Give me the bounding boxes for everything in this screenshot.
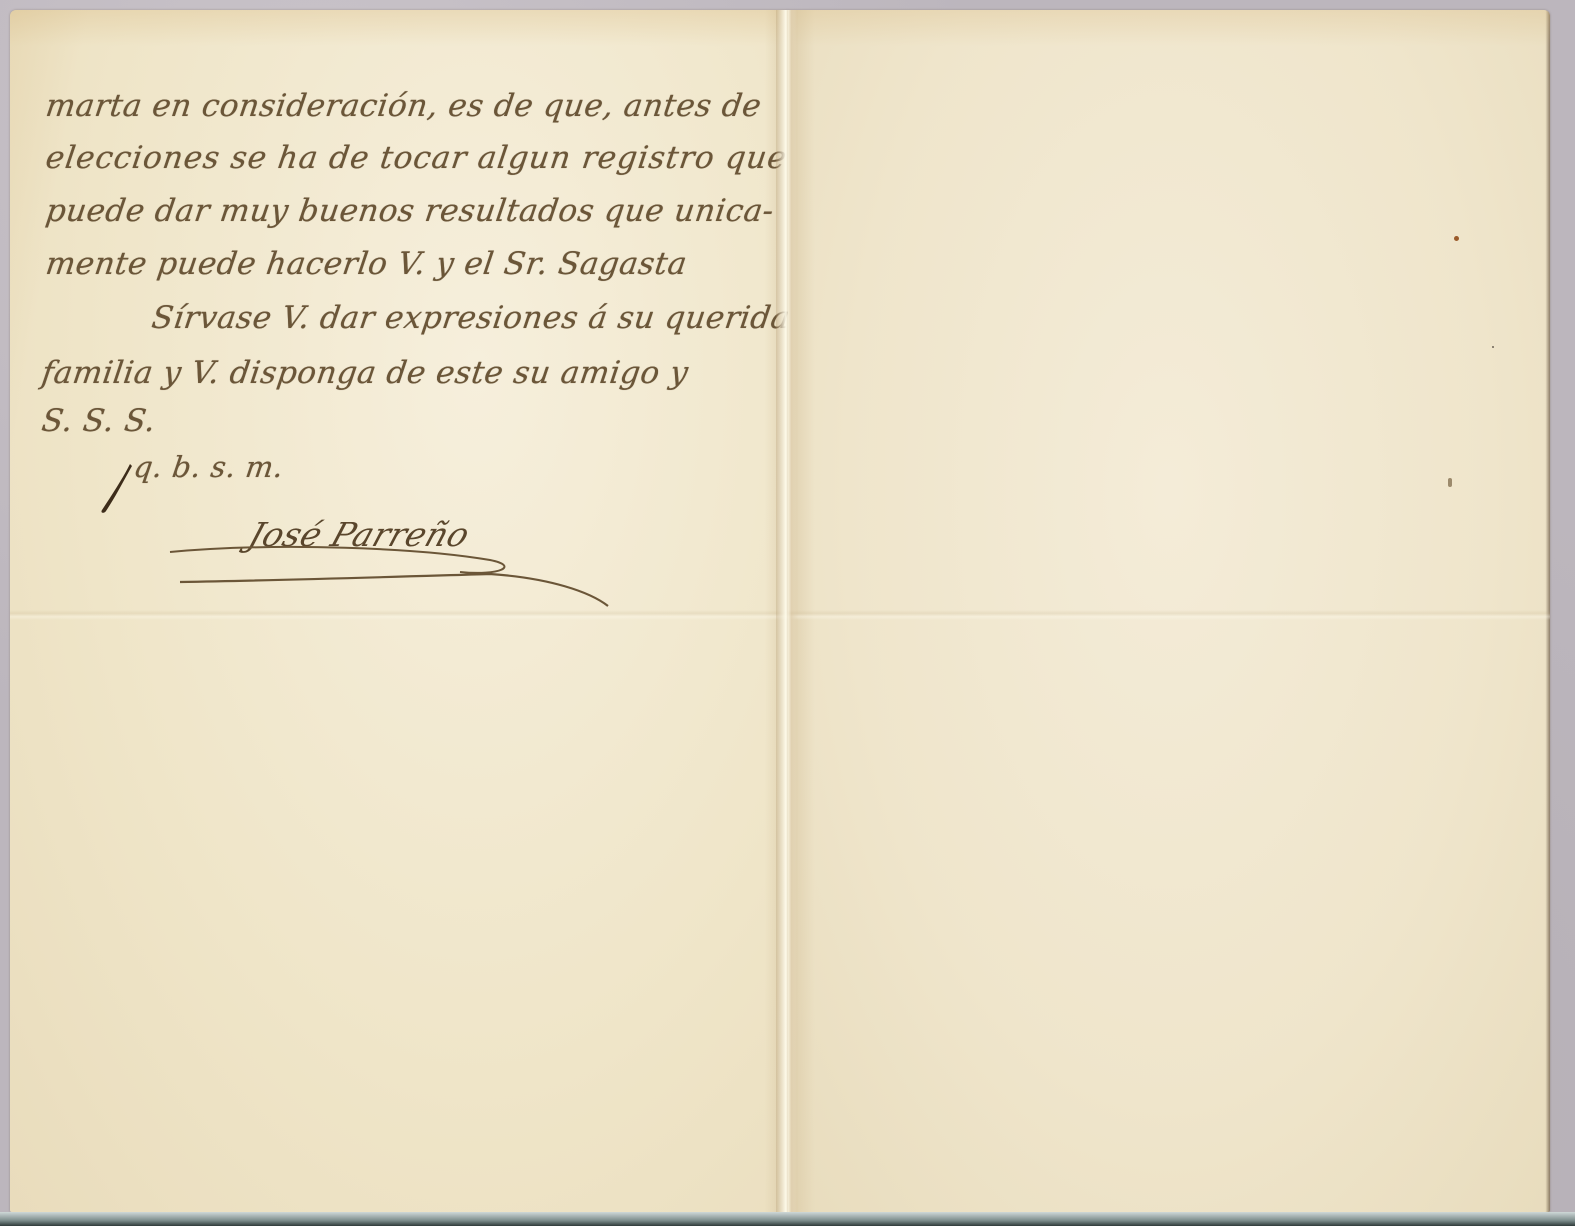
foxing-spot bbox=[1454, 236, 1459, 241]
signature-flourish-icon bbox=[160, 530, 620, 620]
scanner-edge bbox=[0, 1212, 1575, 1226]
closing-formula: q. b. s. m. bbox=[132, 450, 286, 484]
left-page: marta en consideración, es de que, antes… bbox=[10, 10, 788, 1212]
ink-stroke-icon bbox=[96, 460, 136, 516]
foxing-spot bbox=[1492, 346, 1494, 348]
letter-line-2: elecciones se ha de tocar algun registro… bbox=[43, 140, 789, 176]
letter-line-3: puede dar muy buenos resultados que unic… bbox=[43, 193, 776, 229]
letter-body: marta en consideración, es de que, antes… bbox=[10, 10, 788, 1212]
letter-line-4: mente puede hacerlo V. y el Sr. Sagasta bbox=[43, 246, 689, 282]
center-fold-gutter bbox=[776, 10, 798, 1212]
letter-line-6: familia y V. disponga de este su amigo y bbox=[39, 355, 690, 391]
letter-line-1: marta en consideración, es de que, antes… bbox=[43, 88, 763, 124]
scanned-letter: marta en consideración, es de que, antes… bbox=[0, 0, 1575, 1226]
foxing-spot bbox=[1448, 478, 1452, 487]
horizontal-fold bbox=[788, 610, 1550, 620]
letter-line-7: S. S. S. bbox=[39, 403, 158, 439]
letter-line-5: Sírvase V. dar expresiones á su querida bbox=[149, 300, 792, 336]
right-page bbox=[788, 10, 1550, 1212]
